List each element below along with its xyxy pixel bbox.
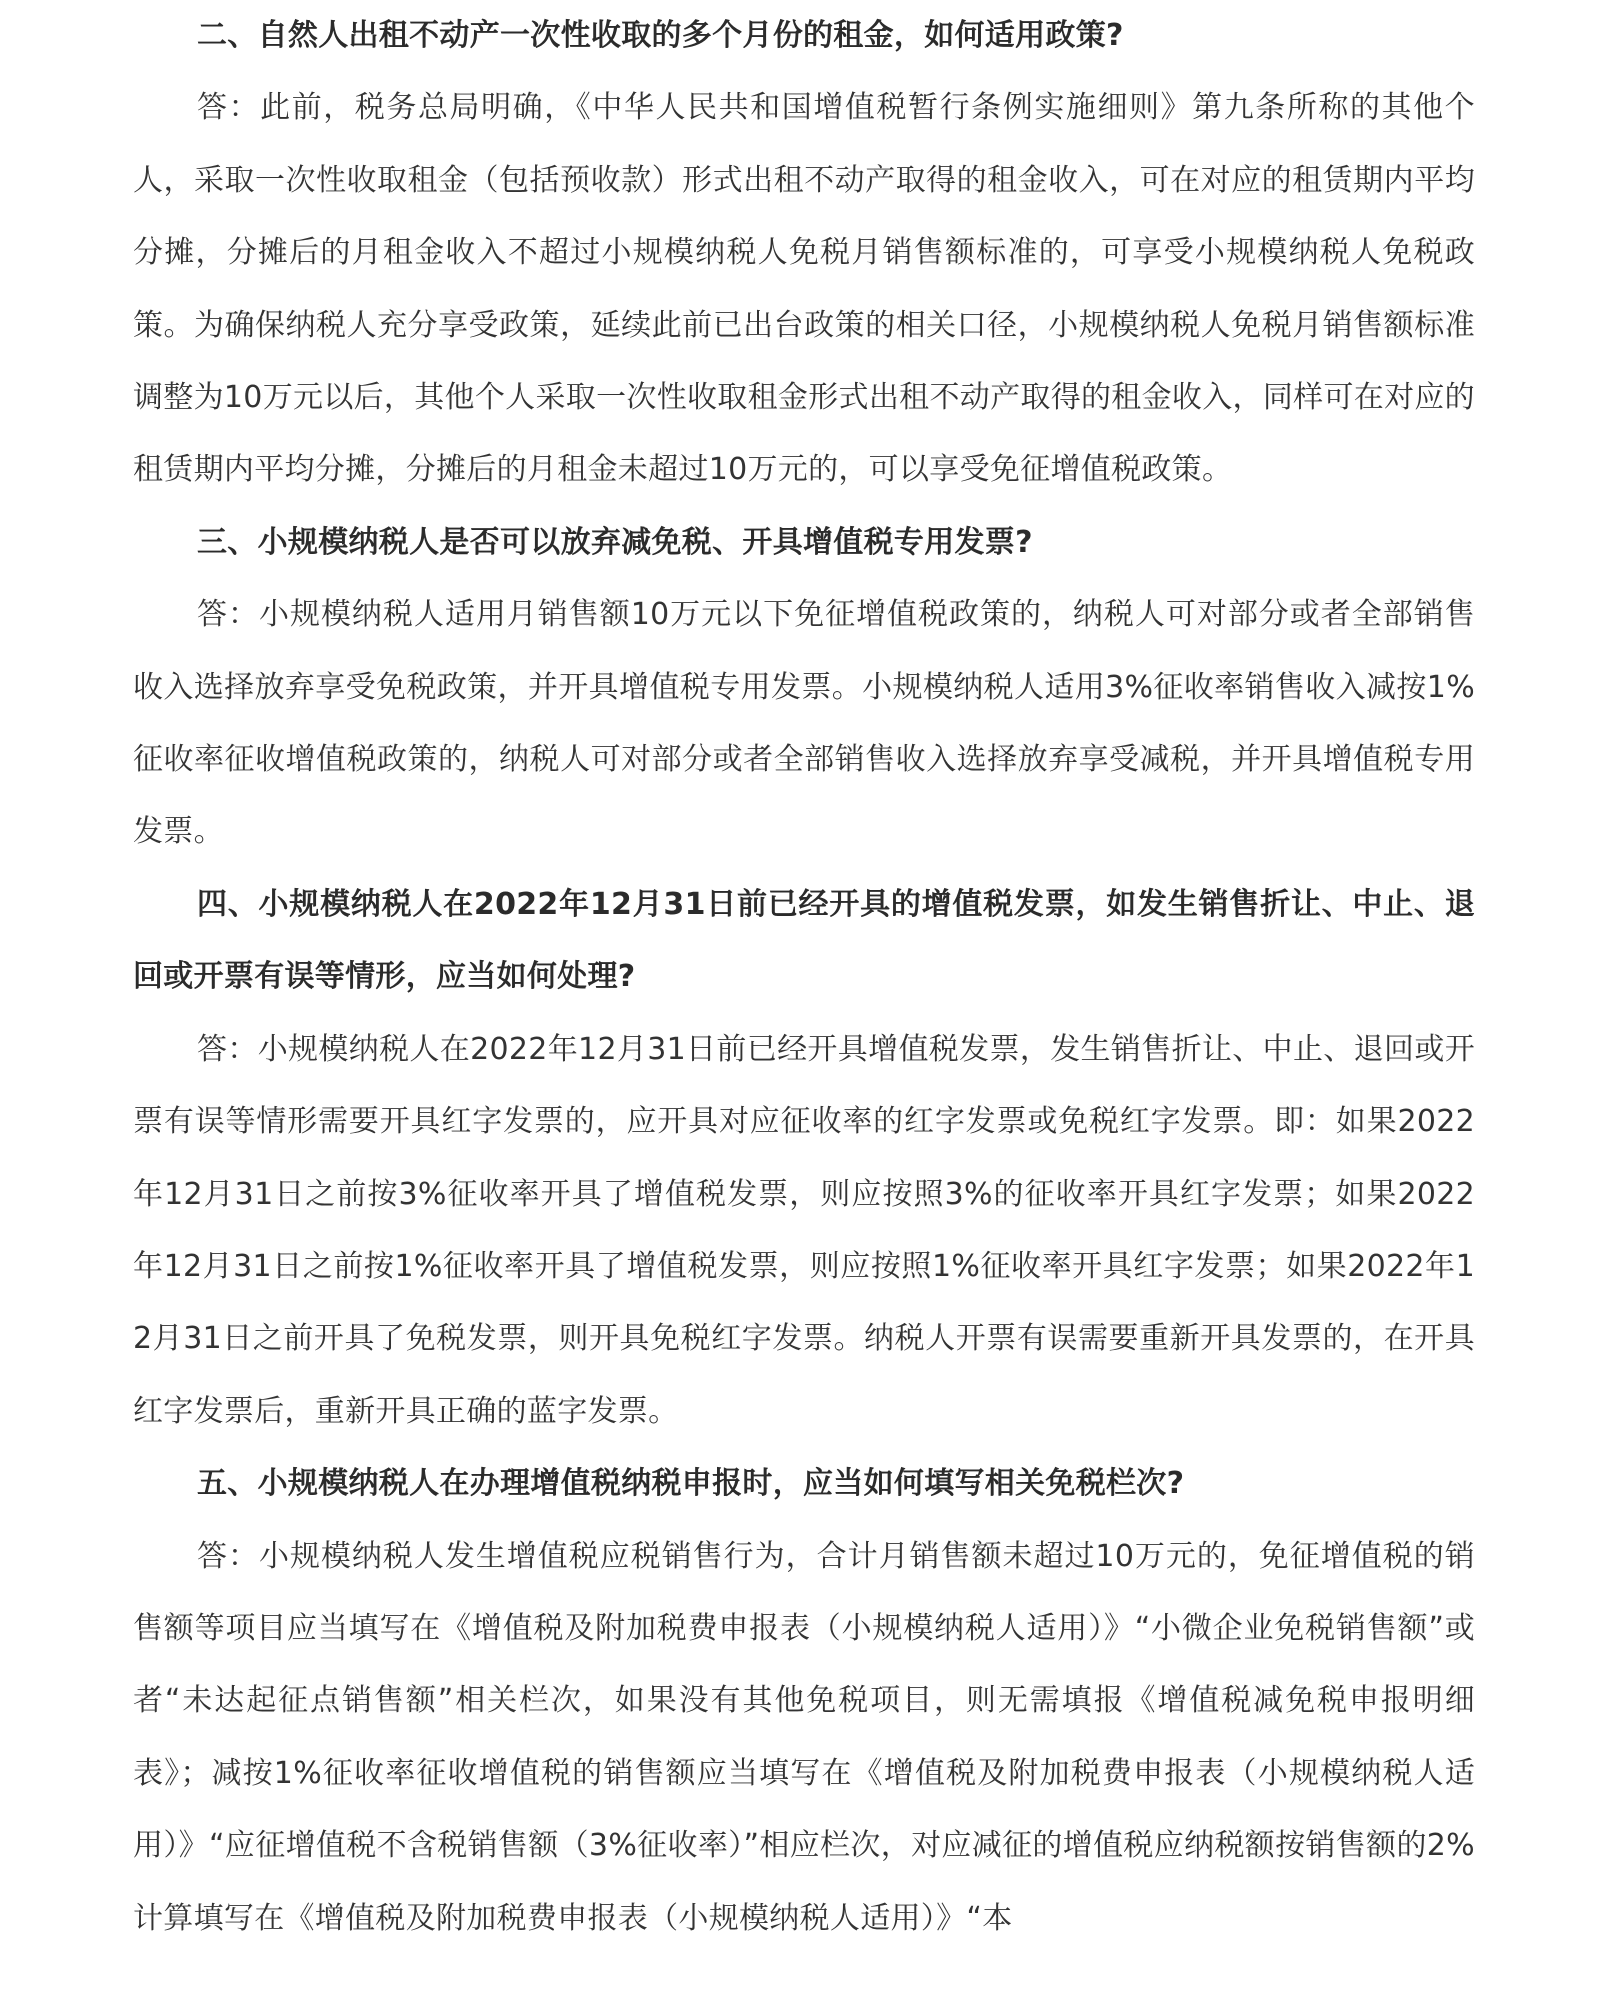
section-4-answer: 答：小规模纳税人在2022年12月31日前已经开具增值税发票，发生销售折让、中止… [133, 1014, 1475, 1448]
article-body: 二、自然人出租不动产一次性收取的多个月份的租金，如何适用政策? 答：此前，税务总… [133, 0, 1475, 1955]
section-2-answer: 答：此前，税务总局明确，《中华人民共和国增值税暂行条例实施细则》第九条所称的其他… [133, 72, 1475, 506]
section-4-question: 四、小规模纳税人在2022年12月31日前已经开具的增值税发票，如发生销售折让、… [133, 869, 1475, 1014]
section-5-question: 五、小规模纳税人在办理增值税纳税申报时，应当如何填写相关免税栏次? [133, 1448, 1475, 1520]
section-3-answer: 答：小规模纳税人适用月销售额10万元以下免征增值税政策的，纳税人可对部分或者全部… [133, 579, 1475, 869]
section-5-answer: 答：小规模纳税人发生增值税应税销售行为，合计月销售额未超过10万元的，免征增值税… [133, 1521, 1475, 1955]
section-3-question: 三、小规模纳税人是否可以放弃减免税、开具增值税专用发票? [133, 507, 1475, 579]
section-2-question: 二、自然人出租不动产一次性收取的多个月份的租金，如何适用政策? [133, 0, 1475, 72]
